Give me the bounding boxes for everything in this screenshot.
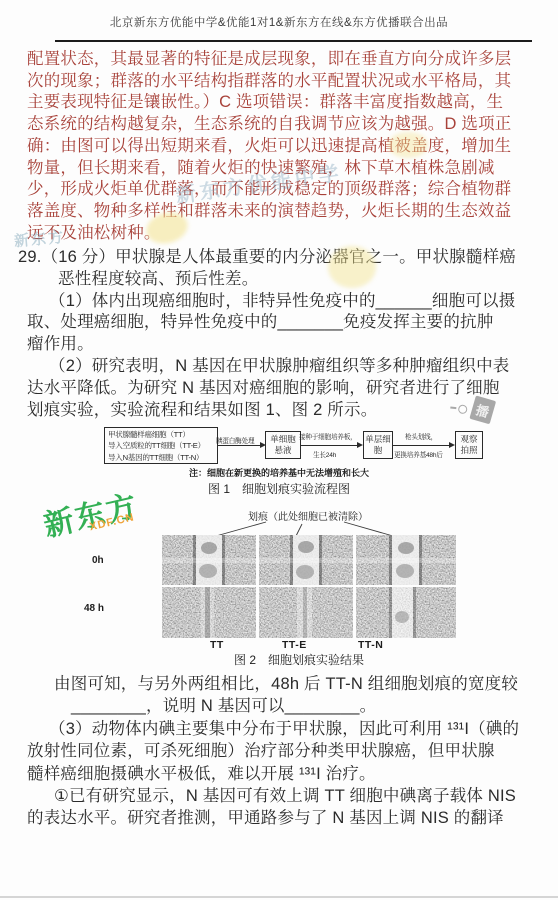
arrow-label: 枪头划线， [405, 431, 437, 441]
answer-line: 主要表现特征是镶嵌性。）C 选项错误：群落丰富度指数越高，生 [27, 88, 503, 112]
micro-image-48h-tte [259, 587, 353, 638]
question-line: 达水平降低。为研究 N 基因对癌细胞的影响，研究者进行了细胞 [27, 374, 500, 398]
figure2-caption: 图 2 细胞划痕实验结果 [20, 651, 558, 668]
question-line: ________，说明 N 基因可以________。 [71, 692, 376, 716]
source-line: 导入N基因的TT细胞（TT-N） [108, 452, 217, 463]
question-line: 恶性程度较高、预后性差。 [58, 265, 258, 289]
bottom-edge-line [0, 896, 558, 898]
flowchart-source-box: 甲状腺髓样癌细胞（TT） 导入空质粒的TT细胞（TT-E） 导入N基因的TT细胞… [104, 427, 218, 464]
flowchart-box-suspension: 单细胞悬液 [265, 431, 301, 459]
figure1-note: 注：细胞在新更换的培养基中无法增殖和长大 [0, 466, 558, 479]
micro-image-0h-tte [259, 535, 353, 585]
question-line: （2）研究表明，N 基因在甲状腺肿瘤组织等多种肿瘤组织中表 [49, 352, 509, 376]
micro-image-0h-ttn [356, 535, 456, 585]
question-line: 瘤作用。 [27, 330, 94, 354]
arrow-label: 更换培养基48h后 [394, 449, 443, 459]
answer-line: 少，形成火炬单优群落，而不能形成稳定的顶级群落；综合植物群 [27, 175, 511, 199]
micro-image-48h-ttn [356, 587, 456, 638]
figure2-results: 划痕（此处细胞已被清除） [0, 503, 558, 671]
question-line: 划痕实验，实验流程和结果如图 1、图 2 所示。 [27, 396, 377, 420]
stamp-character: 播 [469, 395, 496, 424]
question-line: ①已有研究显示，N 基因可有效上调 TT 细胞中碘离子载体 NIS [54, 782, 516, 806]
micro-image-48h-tt [162, 587, 256, 638]
question-line: （3）动物体内碘主要集中分布于甲状腺，因此可利用 ¹³¹I（碘的 [49, 715, 519, 739]
stamp-dash [450, 407, 456, 410]
exam-document-page: 北京新东方优能中学&优能1对1&新东方在线&东方优播联合出品 配置状态，其最显著… [0, 0, 558, 900]
answer-line: 配置状态，其最显著的特征是成层现象，即在垂直方向分成许多层 [27, 45, 511, 69]
answer-line: 次的现象；群落的水平结构指群落的水平配置状况或水平格局，其 [27, 67, 511, 91]
question-line: 放射性同位素，可杀死细胞）治疗部分种类甲状腺癌，但甲状腺 [27, 737, 495, 761]
arrow-label: 接种于细胞培养板， [299, 431, 357, 441]
question-line: 的表达水平。研究者推测，甲通路参与了 N 基因上调 NIS 的翻译 [27, 804, 504, 828]
arrow-line [218, 445, 264, 446]
question-line: （1）体内出现癌细胞时，非特异性免疫中的______细胞可以摄 [49, 287, 515, 311]
row-label-48h: 48 h [84, 603, 104, 614]
question-line: 髓样癌细胞摄碘水平极低，难以开展 ¹³¹I 治疗。 [27, 760, 376, 784]
micro-image-0h-tt [162, 535, 256, 585]
source-line: 导入空质粒的TT细胞（TT-E） [108, 440, 217, 451]
arrow-line [301, 445, 361, 446]
arrow-label: 生长24h [313, 449, 336, 459]
col-label-tte: TT-E [282, 639, 307, 651]
arrow-label: 胰蛋白酶处理 [216, 435, 254, 445]
arrow-line [393, 445, 453, 446]
source-line: 甲状腺髓样癌细胞（TT） [108, 429, 217, 440]
question-line: 取、处理癌细胞，特异性免疫中的_______免疫发挥主要的抗肿 [27, 308, 493, 332]
header-divider [55, 40, 532, 42]
figure1-caption: 图 1 细胞划痕实验流程图 [0, 480, 558, 497]
answer-line: 物量，但长期来看，随着火炬的快速繁殖，林下草木植株急剧减 [27, 154, 495, 178]
flowchart-box-observe: 观察拍照 [455, 431, 483, 459]
col-label-ttn: TT-N [358, 639, 383, 651]
answer-line: 落盖度、物种多样性和群落未来的演替趋势，火炬长期的生态效益 [27, 197, 511, 221]
row-label-0h: 0h [92, 555, 104, 566]
answer-line: 确：由图可以得出短期来看，火炬可以迅速提高植被盖度，增加生 [27, 132, 511, 156]
col-label-tt: TT [210, 639, 224, 651]
answer-line: 远不及油松树种。 [27, 219, 161, 243]
figure1-flowchart: 甲状腺髓样癌细胞（TT） 导入空质粒的TT细胞（TT-E） 导入N基因的TT细胞… [0, 424, 558, 502]
document-header: 北京新东方优能中学&优能1对1&新东方在线&东方优播联合出品 [0, 14, 558, 30]
answer-line: 态系统的结构越复杂，生态系统的自我调节应该为越强。D 选项正 [27, 110, 512, 134]
question-line: 由图可知，与另外两组相比，48h 后 TT-N 组细胞划痕的宽度较 [54, 670, 518, 694]
flowchart-box-monolayer: 单层细胞 [363, 431, 393, 459]
question-line: 29.（16 分）甲状腺是人体最重要的内分泌器官之一。甲状腺髓样癌 [18, 243, 516, 267]
stamp-circle-icon [458, 404, 468, 414]
